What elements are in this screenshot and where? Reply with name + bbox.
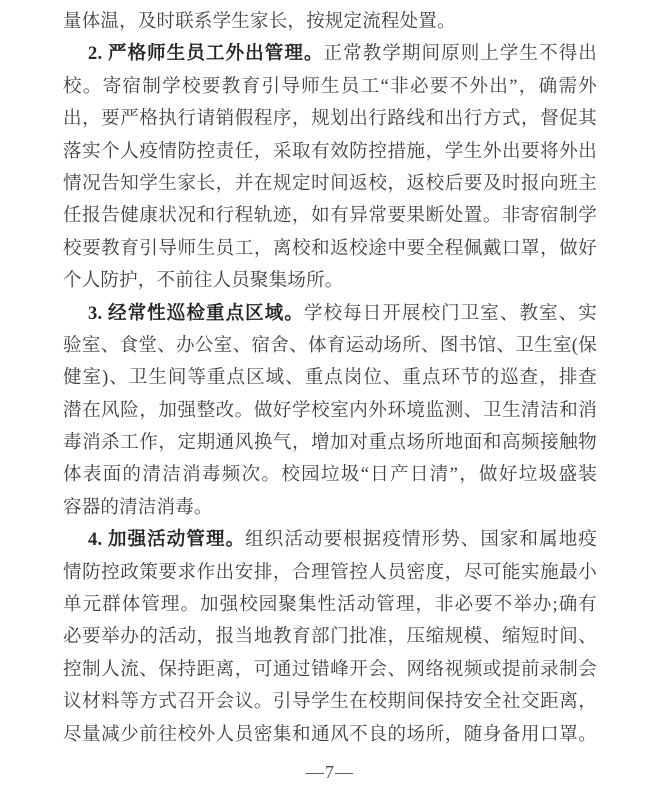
paragraph-text-segment: 情况告知学生家长，并在规定时间返校，返校后要及时报向班主 [63,174,597,194]
text-line: 议材料等方式召开会议。引导学生在校期间保持安全社交距离， [63,686,597,718]
paragraph-text-segment: 尽量减少前往校外人员密集和通风不良的场所，随身备用口罩。 [63,725,597,745]
paragraph-text-segment: 容器的清洁消毒。 [63,498,213,518]
paragraph-text-segment: 个人防护，不前往人员聚集场所。 [63,271,344,291]
text-line: 量体温，及时联系学生家长，按规定流程处置。 [63,6,597,38]
text-line: 容器的清洁消毒。 [63,492,597,524]
text-line: 校。寄宿制学校要教育引导师生员工“非必要不外出”，确需外 [63,71,597,103]
paragraph-text-segment: 情防控政策要求作出安排，合理管控人员密度，尽可能实施最小 [63,563,597,583]
text-line: 个人防护，不前往人员聚集场所。 [63,265,597,297]
text-line: 出，要严格执行请销假程序，规划出行路线和出行方式，督促其 [63,103,597,135]
paragraph-text-segment: 验室、食堂、办公室、宿舍、体育运动场所、图书馆、卫生室(保 [63,336,597,356]
document-page: 量体温，及时联系学生家长，按规定流程处置。2. 严格师生员工外出管理。正常教学期… [0,0,653,800]
text-line: 情防控政策要求作出安排，合理管控人员密度，尽可能实施最小 [63,557,597,589]
text-line: 2. 严格师生员工外出管理。正常教学期间原则上学生不得出 [63,38,597,70]
text-line: 毒消杀工作，定期通风换气，增加对重点场所地面和高频接触物 [63,427,597,459]
paragraph-text-segment: 任报告健康状况和行程轨迹，如有异常要果断处置。非寄宿制学 [63,206,597,226]
paragraph-continuation: 量体温，及时联系学生家长，按规定流程处置。 [63,6,597,38]
paragraph-heading-segment: 2. 严格师生员工外出管理。 [88,44,324,64]
paragraph-text-segment: 单元群体管理。加强校园聚集性活动管理，非必要不举办;确有 [63,595,597,615]
paragraph-text-segment: 出，要严格执行请销假程序，规划出行路线和出行方式，督促其 [63,109,597,129]
paragraph-heading-segment: 3. 经常性巡检重点区域。 [88,304,304,324]
paragraph-2-outing-management: 2. 严格师生员工外出管理。正常教学期间原则上学生不得出校。寄宿制学校要教育引导… [63,38,597,297]
text-line: 校要教育引导师生员工，离校和返校途中要全程佩戴口罩，做好 [63,233,597,265]
text-line: 3. 经常性巡检重点区域。学校每日开展校门卫室、教室、实 [63,298,597,330]
text-line: 验室、食堂、办公室、宿舍、体育运动场所、图书馆、卫生室(保 [63,330,597,362]
text-line: 任报告健康状况和行程轨迹，如有异常要果断处置。非寄宿制学 [63,200,597,232]
paragraph-text-segment: 组织活动要根据疫情形势、国家和属地疫 [245,530,597,550]
paragraph-4-activity-management: 4. 加强活动管理。组织活动要根据疫情形势、国家和属地疫情防控政策要求作出安排，… [63,524,597,751]
paragraph-text-segment: 落实个人疫情防控责任，采取有效防控措施，学生外出要将外出 [63,142,597,162]
paragraph-text-segment: 校要教育引导师生员工，离校和返校途中要全程佩戴口罩，做好 [63,239,597,259]
text-line: 必要举办的活动，报当地教育部门批准，压缩规模、缩短时间、 [63,621,597,653]
paragraph-text-segment: 议材料等方式召开会议。引导学生在校期间保持安全社交距离， [63,692,597,712]
text-line: 健室)、卫生间等重点区域、重点岗位、重点环节的巡查，排查 [63,362,597,394]
paragraph-text-segment: 量体温，及时联系学生家长，按规定流程处置。 [63,12,456,32]
paragraph-text-segment: 正常教学期间原则上学生不得出 [324,44,597,64]
paragraph-3-key-area-inspection: 3. 经常性巡检重点区域。学校每日开展校门卫室、教室、实验室、食堂、办公室、宿舍… [63,298,597,525]
text-line: 单元群体管理。加强校园聚集性活动管理，非必要不举办;确有 [63,589,597,621]
document-body: 量体温，及时联系学生家长，按规定流程处置。2. 严格师生员工外出管理。正常教学期… [63,6,597,751]
page-number: —7— [63,759,597,785]
paragraph-text-segment: 健室)、卫生间等重点区域、重点岗位、重点环节的巡查，排查 [63,368,597,388]
paragraph-text-segment: 体表面的清洁消毒频次。校园垃圾“日产日清”，做好垃圾盛装 [63,465,597,485]
paragraph-text-segment: 毒消杀工作，定期通风换气，增加对重点场所地面和高频接触物 [63,433,597,453]
text-line: 落实个人疫情防控责任，采取有效防控措施，学生外出要将外出 [63,136,597,168]
paragraph-text-segment: 潜在风险，加强整改。做好学校室内外环境监测、卫生清洁和消 [63,401,597,421]
text-line: 体表面的清洁消毒频次。校园垃圾“日产日清”，做好垃圾盛装 [63,459,597,491]
text-line: 尽量减少前往校外人员密集和通风不良的场所，随身备用口罩。 [63,719,597,751]
text-line: 潜在风险，加强整改。做好学校室内外环境监测、卫生清洁和消 [63,395,597,427]
paragraph-text-segment: 学校每日开展校门卫室、教室、实 [304,304,597,324]
paragraph-text-segment: 控制人流、保持距离，可通过错峰开会、网络视频或提前录制会 [63,660,597,680]
text-line: 控制人流、保持距离，可通过错峰开会、网络视频或提前录制会 [63,654,597,686]
text-line: 情况告知学生家长，并在规定时间返校，返校后要及时报向班主 [63,168,597,200]
paragraph-text-segment: 必要举办的活动，报当地教育部门批准，压缩规模、缩短时间、 [63,627,597,647]
text-line: 4. 加强活动管理。组织活动要根据疫情形势、国家和属地疫 [63,524,597,556]
paragraph-text-segment: 校。寄宿制学校要教育引导师生员工“非必要不外出”，确需外 [63,77,597,97]
paragraph-heading-segment: 4. 加强活动管理。 [88,530,245,550]
